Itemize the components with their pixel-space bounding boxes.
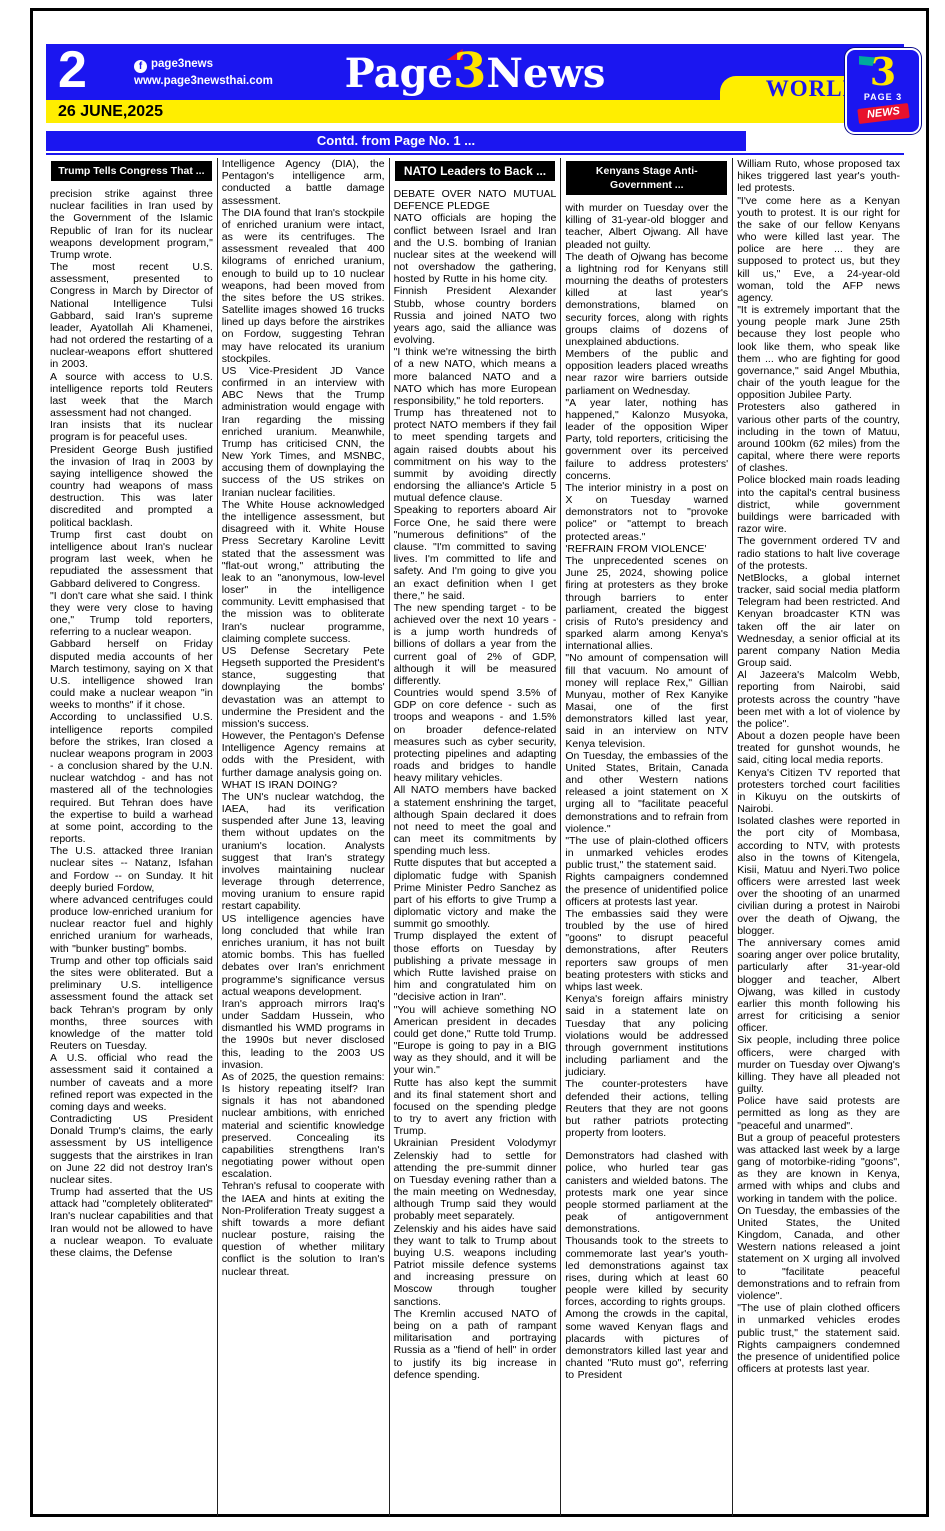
- article-paragraph: Contradicting US President Donald Trump'…: [50, 1113, 213, 1186]
- article-paragraph: The new spending target - to be achieved…: [394, 602, 557, 687]
- article-paragraph: Members of the public and opposition lea…: [565, 348, 728, 397]
- article-paragraph: Gabbard herself on Friday disputed media…: [50, 638, 213, 711]
- article-paragraph: 'REFRAIN FROM VIOLENCE': [565, 543, 728, 555]
- article-paragraph: "No amount of compensation will fill tha…: [565, 652, 728, 749]
- continued-from-bar: Contd. from Page No. 1 ...: [46, 131, 746, 151]
- article-paragraph: Police blocked main roads leading into t…: [737, 474, 900, 535]
- article-paragraph: NetBlocks, a global internet tracker, sa…: [737, 572, 900, 669]
- badge-digit: 3: [847, 52, 919, 92]
- article-headline: Kenyans Stage Anti-Government ...: [565, 160, 728, 196]
- page3-badge-logo: 3 PAGE 3 NEWS: [845, 48, 921, 134]
- article-paragraph: Demonstrators had clashed with police, w…: [565, 1150, 728, 1235]
- article-paragraph: The UN's nuclear watchdog, the IAEA, had…: [222, 791, 385, 913]
- article-paragraph: with murder on Tuesday over the killing …: [565, 202, 728, 251]
- article-paragraph: A U.S. official who read the assessment …: [50, 1052, 213, 1113]
- article-paragraph: On Tuesday, the embassies of the United …: [565, 750, 728, 835]
- newspaper-page: 2 fpage3news www.page3newsthai.com Page3…: [0, 0, 945, 1531]
- article-column-1: Trump Tells Congress That ...precision s…: [46, 158, 217, 1516]
- newspaper-logo: Page3News: [345, 45, 606, 100]
- article-paragraph: Trump first cast doubt on intelligence a…: [50, 529, 213, 590]
- article-paragraph: The unprecedented scenes on June 25, 202…: [565, 555, 728, 652]
- article-paragraph: According to unclassified U.S. intellige…: [50, 711, 213, 845]
- article-paragraph: Kenya's Citizen TV reported that protest…: [737, 767, 900, 816]
- article-paragraph: Rutte has also kept the summit and its f…: [394, 1077, 557, 1138]
- article-paragraph: DEBATE OVER NATO MUTUAL DEFENCE PLEDGE: [394, 188, 557, 212]
- article-paragraph: The government ordered TV and radio stat…: [737, 535, 900, 572]
- facebook-icon: f: [134, 60, 147, 73]
- article-columns: Trump Tells Congress That ...precision s…: [46, 158, 904, 1516]
- article-paragraph: The U.S. attacked three Iranian nuclear …: [50, 845, 213, 894]
- article-paragraph: Speaking to reporters aboard Air Force O…: [394, 504, 557, 601]
- article-paragraph: Countries would spend 3.5% of GDP on cor…: [394, 687, 557, 784]
- badge-flag-icon: [859, 56, 875, 66]
- article-paragraph: Al Jazeera's Malcolm Webb, reporting fro…: [737, 669, 900, 730]
- article-paragraph: Rutte disputes that but accepted a diplo…: [394, 857, 557, 930]
- article-paragraph: Finnish President Alexander Stubb, whose…: [394, 285, 557, 346]
- article-column-4: Kenyans Stage Anti-Government ...with mu…: [560, 158, 732, 1516]
- article-paragraph: On Tuesday, the embassies of the United …: [737, 1205, 900, 1302]
- article-headline: NATO Leaders to Back ...: [394, 160, 557, 182]
- article-paragraph: Ukrainian President Volodymyr Zelenskiy …: [394, 1137, 557, 1222]
- continued-from-label: Contd. from Page No. 1 ...: [317, 133, 475, 148]
- article-paragraph: Trump has threatened not to protect NATO…: [394, 407, 557, 504]
- article-paragraph: As of 2025, the question remains: Is his…: [222, 1071, 385, 1181]
- article-paragraph: US intelligence agencies have long concl…: [222, 913, 385, 998]
- article-paragraph: WHAT IS IRAN DOING?: [222, 779, 385, 791]
- website-link[interactable]: www.page3newsthai.com: [134, 73, 273, 90]
- issue-date: 26 JUNE,2025: [46, 103, 163, 120]
- article-paragraph: The most recent U.S. assessment, present…: [50, 261, 213, 371]
- article-paragraph: All NATO members have backed a statement…: [394, 784, 557, 857]
- article-paragraph: A source with access to U.S. intelligenc…: [50, 371, 213, 420]
- article-paragraph: "I don't care what she said. I think the…: [50, 590, 213, 639]
- article-paragraph: Police have said protests are permitted …: [737, 1095, 900, 1132]
- article-paragraph: "The use of plain clothed officers in un…: [737, 1302, 900, 1375]
- article-paragraph: The Kremlin accused NATO of being on a p…: [394, 1308, 557, 1381]
- article-paragraph: The embassies said they were troubled by…: [565, 908, 728, 993]
- article-paragraph: "It is extremely important that the youn…: [737, 304, 900, 401]
- article-paragraph: "You will achieve something NO American …: [394, 1004, 557, 1077]
- article-paragraph: Zelenskiy and his aides have said they w…: [394, 1223, 557, 1308]
- facebook-handle-label: page3news: [151, 58, 213, 70]
- article-paragraph: The White House acknowledged the intelli…: [222, 499, 385, 645]
- article-paragraph: precision strike against three nuclear f…: [50, 188, 213, 261]
- page-number: 2: [58, 40, 87, 100]
- article-paragraph: "I've come here as a Kenyan youth to pro…: [737, 195, 900, 305]
- article-paragraph: Kenya's foreign affairs ministry said in…: [565, 993, 728, 1078]
- article-column-5: William Ruto, whose proposed tax hikes t…: [732, 158, 904, 1516]
- article-paragraph: Among the crowds in the capital, some wa…: [565, 1308, 728, 1381]
- article-column-3: NATO Leaders to Back ...DEBATE OVER NATO…: [389, 158, 561, 1516]
- badge-news-ribbon: NEWS: [857, 103, 909, 124]
- article-paragraph: Isolated clashes were reported in the po…: [737, 815, 900, 937]
- article-paragraph: "I think we're witnessing the birth of a…: [394, 346, 557, 407]
- article-paragraph: Iran insists that its nuclear program is…: [50, 419, 213, 443]
- article-paragraph: Six people, including three police offic…: [737, 1034, 900, 1095]
- article-paragraph: US Defense Secretary Pete Hegseth suppor…: [222, 645, 385, 730]
- article-column-2: Intelligence Agency (DIA), the Pentagon'…: [217, 158, 389, 1516]
- article-paragraph: Iran's approach mirrors Iraq's under Sad…: [222, 998, 385, 1071]
- article-paragraph: But a group of peaceful protesters was a…: [737, 1132, 900, 1205]
- facebook-handle[interactable]: fpage3news: [134, 56, 273, 73]
- article-paragraph: President George Bush justified the inva…: [50, 444, 213, 529]
- article-paragraph: Trump and other top officials said the s…: [50, 955, 213, 1052]
- article-paragraph: Thousands took to the streets to commemo…: [565, 1235, 728, 1308]
- article-paragraph: Trump displayed the extent of those effo…: [394, 930, 557, 1003]
- article-paragraph: "A year later, nothing has happened," Ka…: [565, 397, 728, 482]
- logo-word-1: Page: [345, 50, 453, 97]
- social-block: fpage3news www.page3newsthai.com: [134, 56, 273, 90]
- article-paragraph: Rights campaigners condemned the presenc…: [565, 871, 728, 908]
- article-paragraph: The death of Ojwang has become a lightni…: [565, 251, 728, 348]
- logo-digit: 3: [453, 43, 486, 99]
- article-paragraph: About a dozen people have been treated f…: [737, 730, 900, 767]
- article-paragraph: US Vice-President JD Vance confirmed in …: [222, 365, 385, 499]
- article-paragraph: "The use of plain-clothed officers in un…: [565, 835, 728, 872]
- article-paragraph: NATO officials are hoping the conflict b…: [394, 212, 557, 285]
- article-paragraph: Intelligence Agency (DIA), the Pentagon'…: [222, 158, 385, 207]
- article-paragraph: William Ruto, whose proposed tax hikes t…: [737, 158, 900, 195]
- article-paragraph: The anniversary comes amid soaring anger…: [737, 937, 900, 1034]
- article-paragraph: where advanced centrifuges could produce…: [50, 894, 213, 955]
- article-paragraph: The DIA found that Iran's stockpile of e…: [222, 207, 385, 365]
- article-paragraph: Protesters also gathered in various othe…: [737, 401, 900, 474]
- article-paragraph: [565, 1139, 728, 1150]
- article-paragraph: The interior ministry in a post on X on …: [565, 482, 728, 543]
- badge-page-label: PAGE 3: [847, 92, 919, 103]
- logo-word-2: News: [486, 50, 605, 97]
- date-band: 26 JUNE,2025: [46, 100, 904, 123]
- article-paragraph: The counter-protesters have defended the…: [565, 1078, 728, 1139]
- header-rule: [46, 153, 904, 155]
- article-paragraph: Trump had asserted that the US attack ha…: [50, 1186, 213, 1259]
- article-headline: Trump Tells Congress That ...: [50, 160, 213, 182]
- article-paragraph: However, the Pentagon's Defense Intellig…: [222, 730, 385, 779]
- article-paragraph: Tehran's refusal to cooperate with the I…: [222, 1180, 385, 1277]
